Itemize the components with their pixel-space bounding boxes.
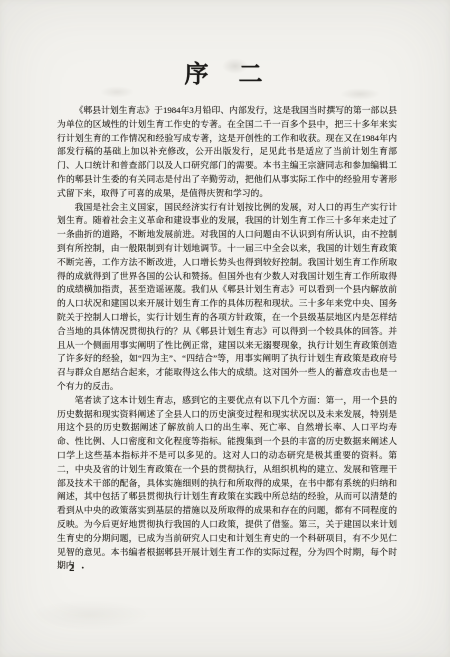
scan-smudge	[30, 600, 150, 630]
body-text: 《郫县计划生育志》于1984年3月铅印、内部发行，这是我国当时撰写的第一部以县为…	[57, 104, 397, 573]
paragraph-3: 笔者读了这本计划生育志，感到它的主要优点有以下几个方面：第一，用一个县的历史数据…	[57, 394, 397, 573]
page-title: 序 二	[0, 54, 450, 89]
page-number: · 2 ·	[59, 563, 87, 574]
scan-smudge	[340, 88, 380, 100]
paragraph-1: 《郫县计划生育志》于1984年3月铅印、内部发行，这是我国当时撰写的第一部以县为…	[57, 104, 397, 201]
scanned-book-page: 序 二 《郫县计划生育志》于1984年3月铅印、内部发行，这是我国当时撰写的第一…	[0, 0, 450, 657]
paragraph-2: 我国是社会主义国家，国民经济实行有计划按比例的发展，对人口的再生产实行计划生育。…	[57, 201, 397, 394]
